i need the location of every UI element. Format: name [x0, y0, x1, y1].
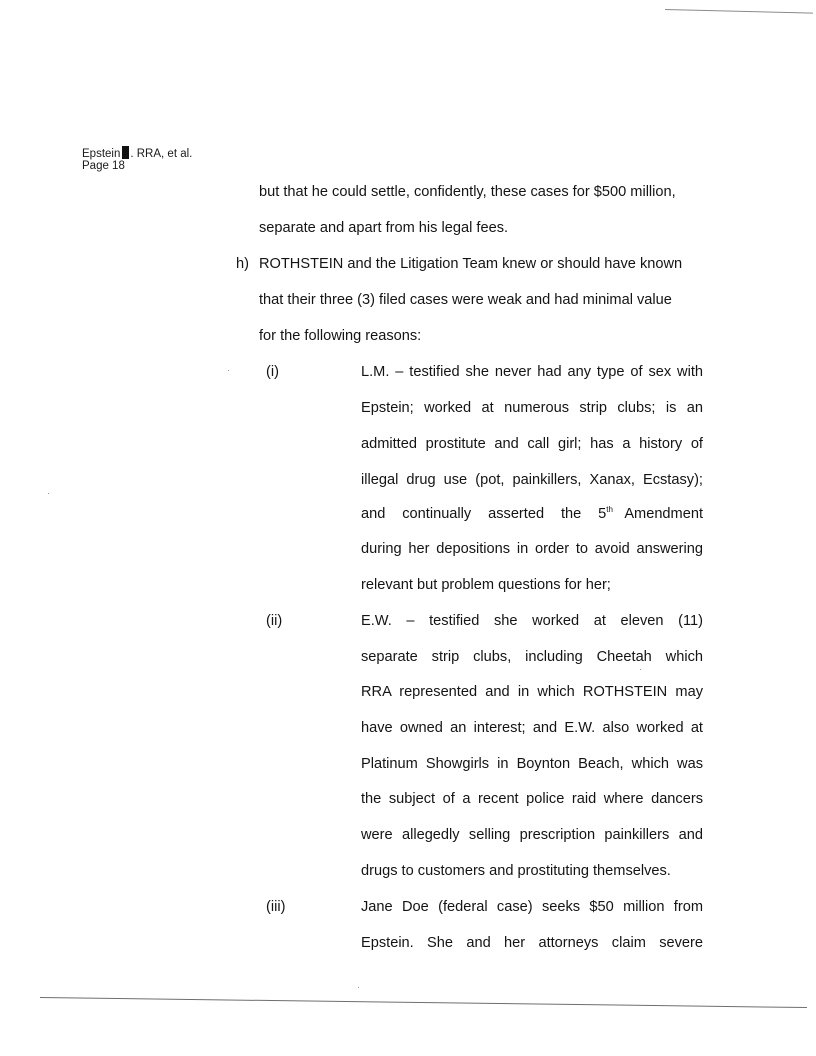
subitem-line: drugs to customers and prostituting them…: [361, 862, 703, 880]
page-number: Page 18: [82, 160, 192, 172]
subitem-line: during her depositions in order to avoid…: [361, 540, 703, 558]
subitem-line: Platinum Showgirls in Boynton Beach, whi…: [361, 755, 703, 773]
redaction-block: [122, 146, 129, 159]
subitem-line: have owned an interest; and E.W. also wo…: [361, 719, 703, 737]
page-header: Epstein. RRA, et al. Page 18: [82, 146, 192, 172]
scan-speck: [358, 987, 359, 988]
scan-speck: [48, 493, 49, 494]
subitem-line: relevant but problem questions for her;: [361, 576, 703, 594]
body-line: but that he could settle, confidently, t…: [259, 183, 703, 201]
subitem-line: admitted prostitute and call girl; has a…: [361, 435, 703, 453]
scan-speck: [228, 370, 229, 371]
amendment-word: Amendment: [624, 505, 703, 523]
subitem-line: the subject of a recent police raid wher…: [361, 790, 703, 808]
subitem-label-i: (i): [266, 363, 279, 381]
case-caption: Epstein. RRA, et al.: [82, 146, 192, 160]
subitem-label-ii: (ii): [266, 612, 282, 630]
subitem-line: Jane Doe (federal case) seeks $50 millio…: [361, 898, 703, 916]
subitem-line-with-superscript: andcontinuallyassertedthe5th Amendment: [361, 505, 703, 523]
bottom-scan-rule: [40, 997, 807, 1008]
item-label-h: h): [236, 255, 249, 273]
document-page: Epstein. RRA, et al. Page 18 but that he…: [0, 0, 816, 1056]
subitem-line: Epstein. She and her attorneys claim sev…: [361, 934, 703, 952]
subitem-label-iii: (iii): [266, 898, 285, 916]
body-line: that their three (3) filed cases were we…: [259, 291, 703, 309]
subitem-line: separate strip clubs, including Cheetah …: [361, 648, 703, 666]
scan-speck: [640, 669, 641, 670]
body-line: ROTHSTEIN and the Litigation Team knew o…: [259, 255, 703, 273]
subitem-line: E.W. – testified she worked at eleven (1…: [361, 612, 703, 630]
subitem-line: RRA represented and in which ROTHSTEIN m…: [361, 683, 703, 701]
subitem-line: L.M. – testified she never had any type …: [361, 363, 703, 381]
top-scan-rule: [665, 9, 813, 14]
body-line: separate and apart from his legal fees.: [259, 219, 703, 237]
amendment-prefix: andcontinuallyassertedthe5th: [361, 505, 613, 523]
subitem-line: were allegedly selling prescription pain…: [361, 826, 703, 844]
subitem-line: Epstein; worked at numerous strip clubs;…: [361, 399, 703, 417]
subitem-line: illegal drug use (pot, painkillers, Xana…: [361, 471, 703, 489]
body-line: for the following reasons:: [259, 327, 703, 345]
